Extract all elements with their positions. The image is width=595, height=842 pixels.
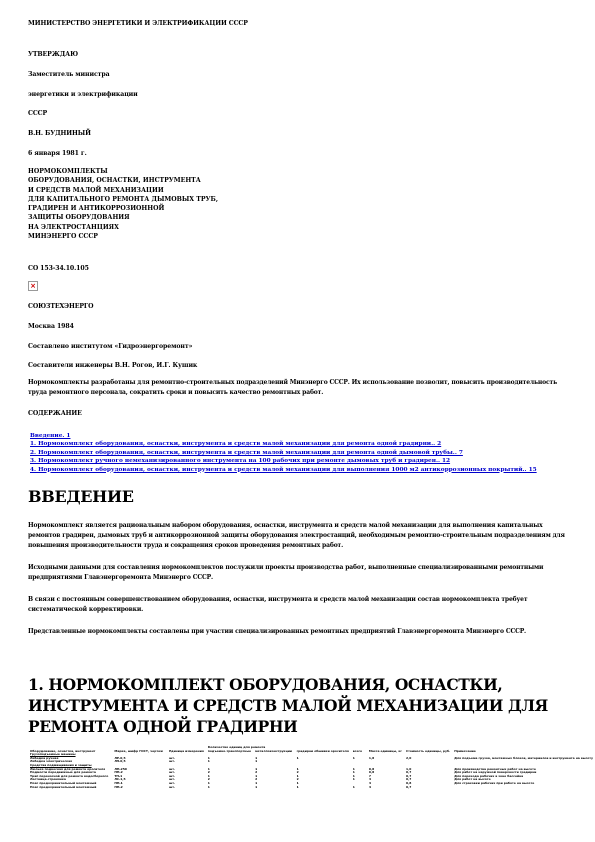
title-line: НА ЭЛЕКТРОСТАНЦИЯХ bbox=[28, 223, 218, 232]
approval-label: УТВЕРЖДАЮ bbox=[28, 51, 78, 58]
title-line: НОРМОКОМПЛЕКТЫ bbox=[28, 167, 218, 176]
broken-image-icon: × bbox=[28, 281, 38, 291]
intro-paragraph: Представленные нормокомплекты составлены… bbox=[28, 627, 573, 637]
approval-position-2: энергетики и электрификации bbox=[28, 91, 138, 98]
publisher: СОЮЗТЕХЭНЕРГО bbox=[28, 303, 93, 310]
toc-link-section-3[interactable]: 3. Нормокомплект ручного немеханизирован… bbox=[30, 457, 537, 465]
toc-link-intro[interactable]: Введение. 1 bbox=[30, 432, 537, 440]
approval-position-1: Заместитель министра bbox=[28, 71, 109, 78]
approval-date: 6 января 1981 г. bbox=[28, 150, 87, 157]
summary-paragraph: Нормокомплекты разработаны для ремонтно-… bbox=[28, 378, 573, 398]
table-row: Пояс предохранительный монтажный ПП-2 шт… bbox=[28, 786, 595, 790]
document-code: СО 153-34.10.105 bbox=[28, 265, 89, 272]
toc-link-section-4[interactable]: 4. Нормокомплект оборудования, оснастки,… bbox=[30, 466, 537, 474]
title-line: И СРЕДСТВ МАЛОЙ МЕХАНИЗАЦИИ bbox=[28, 186, 218, 195]
document-page: МИНИСТЕРСТВО ЭНЕРГЕТИКИ И ЭЛЕКТРИФИКАЦИИ… bbox=[0, 0, 595, 842]
intro-heading: ВВЕДЕНИЕ bbox=[28, 487, 134, 506]
city-year: Москва 1984 bbox=[28, 323, 74, 330]
title-line: ЗАЩИТЫ ОБОРУДОВАНИЯ bbox=[28, 213, 218, 222]
title-line: ДЛЯ КАПИТАЛЬНОГО РЕМОНТА ДЫМОВЫХ ТРУБ, bbox=[28, 195, 218, 204]
toc-link-section-1[interactable]: 1. Нормокомплект оборудования, оснастки,… bbox=[30, 440, 537, 448]
title-line: ГРАДИРЕН И АНТИКОРРОЗИОННОЙ bbox=[28, 204, 218, 213]
col-header-mass: Масса единицы, кг bbox=[367, 746, 404, 753]
title-line: МИНЭНЕРГО СССР bbox=[28, 232, 218, 241]
col-header-code: Марка, шифр ГОСТ, чертеж bbox=[112, 746, 167, 753]
intro-paragraph: Нормокомплект является рациональным набо… bbox=[28, 521, 573, 551]
approver-name: В.Н. БУДНИНЫЙ bbox=[28, 130, 91, 137]
title-line: ОБОРУДОВАНИЯ, ОСНАСТКИ, ИНСТРУМЕНТА bbox=[28, 176, 218, 185]
approval-position-3: СССР bbox=[28, 110, 47, 117]
intro-paragraph: Исходными данными для составления нормок… bbox=[28, 563, 573, 583]
compiled-by: Составлено институтом «Гидроэнергоремонт… bbox=[28, 343, 192, 350]
ministry-header: МИНИСТЕРСТВО ЭНЕРГЕТИКИ И ЭЛЕКТРИФИКАЦИИ… bbox=[28, 20, 248, 27]
table-of-contents: Введение. 1 1. Нормокомплект оборудовани… bbox=[30, 432, 537, 474]
contents-heading: СОДЕРЖАНИЕ bbox=[28, 410, 82, 417]
toc-link-section-2[interactable]: 2. Нормокомплект оборудования, оснастки,… bbox=[30, 449, 537, 457]
col-header-c: градирни обшивки оросителя bbox=[295, 750, 351, 754]
section-1-heading: 1. НОРМОКОМПЛЕКТ ОБОРУДОВАНИЯ, ОСНАСТКИ,… bbox=[28, 674, 588, 737]
col-header-b: металлоконструкции bbox=[253, 750, 295, 754]
intro-paragraph: В связи с постоянным совершенствованием … bbox=[28, 595, 573, 615]
col-header-unit: Единица измерения bbox=[167, 746, 206, 753]
equipment-table: Оборудование, оснастка, инструмент Марка… bbox=[28, 746, 595, 789]
col-header-note: Примечание bbox=[452, 746, 595, 753]
col-header-a: подъемно-транспортные bbox=[206, 750, 253, 754]
authors: Составители инженеры В.Н. Рогов, И.Г. Ку… bbox=[28, 362, 197, 369]
col-header-price: Стоимость единицы, руб. bbox=[404, 746, 452, 753]
document-title: НОРМОКОМПЛЕКТЫ ОБОРУДОВАНИЯ, ОСНАСТКИ, И… bbox=[28, 167, 218, 241]
